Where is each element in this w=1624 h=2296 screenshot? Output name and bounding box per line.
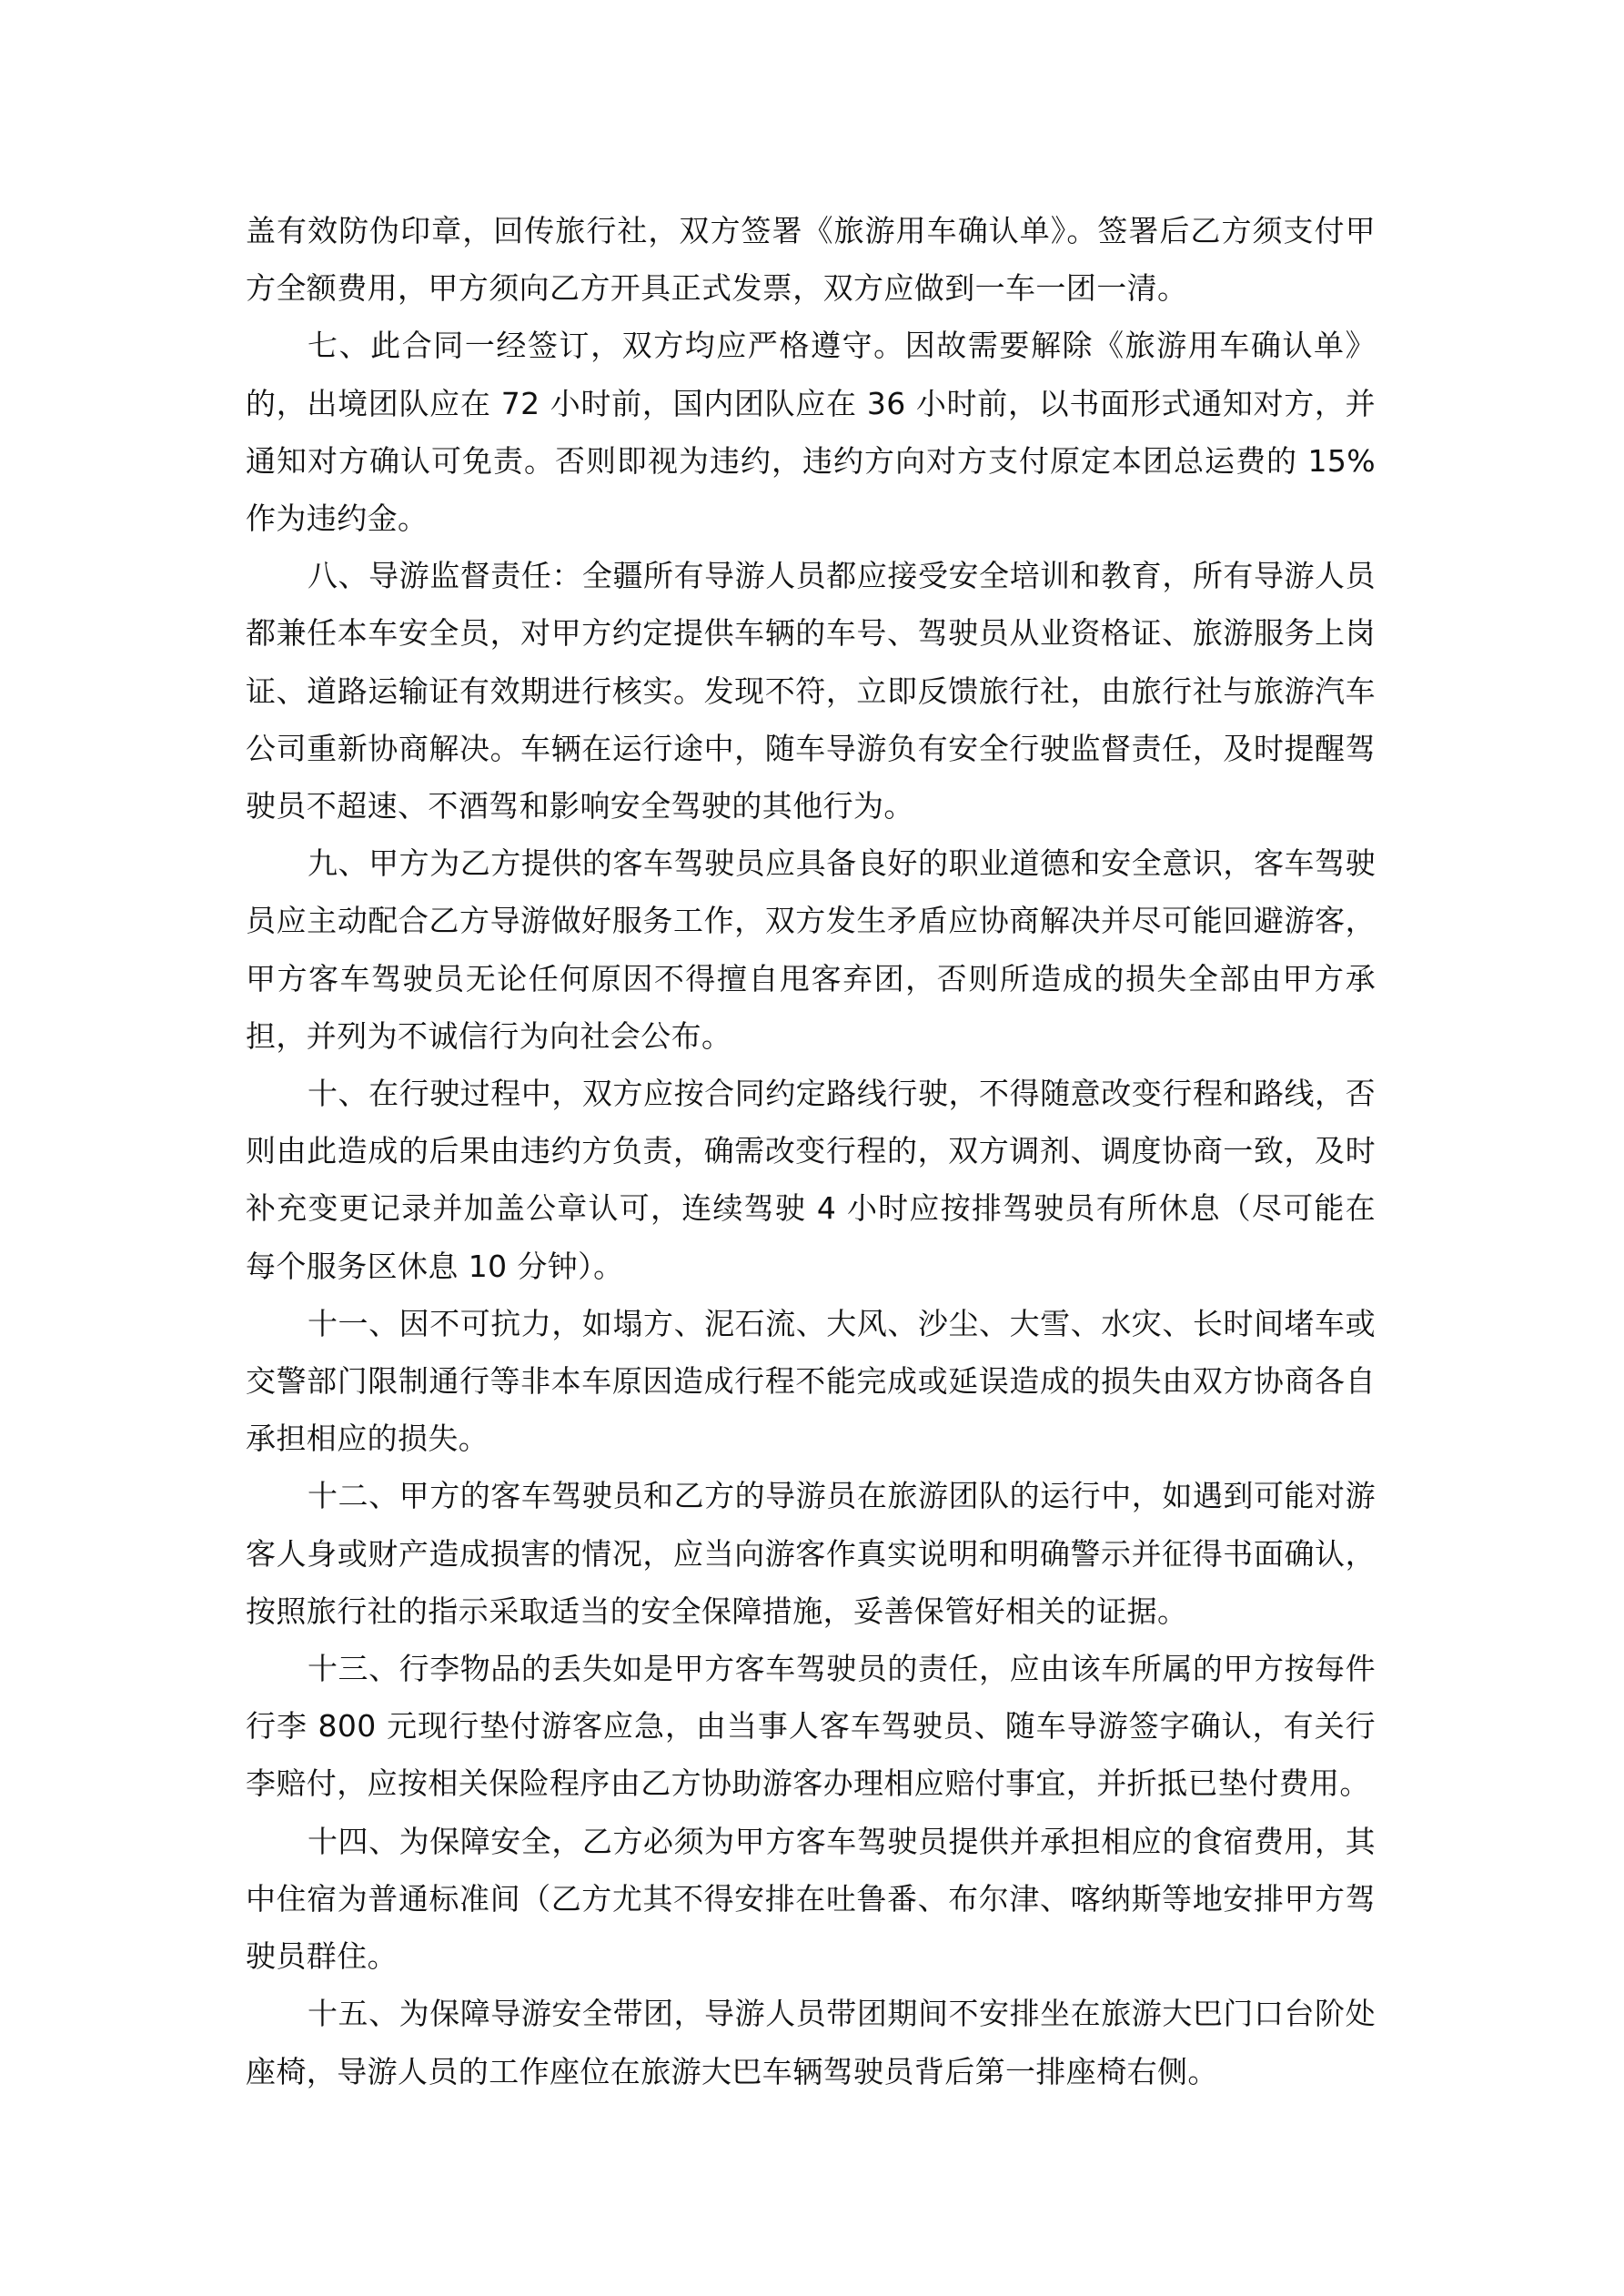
paragraph-clause-7: 七、此合同一经签订，双方均应严格遵守。因故需要解除《旅游用车确认单》的，出境团队… bbox=[246, 317, 1376, 547]
paragraph-clause-9: 九、甲方为乙方提供的客车驾驶员应具备良好的职业道德和安全意识，客车驾驶员应主动配… bbox=[246, 834, 1376, 1065]
document-page: 盖有效防伪印章，回传旅行社，双方签署《旅游用车确认单》。签署后乙方须支付甲方全额… bbox=[246, 202, 1376, 2100]
paragraph-clause-8: 八、导游监督责任：全疆所有导游人员都应接受安全培训和教育，所有导游人员都兼任本车… bbox=[246, 547, 1376, 834]
paragraph-clause-15: 十五、为保障导游安全带团，导游人员带团期间不安排坐在旅游大巴门口台阶处座椅，导游… bbox=[246, 1985, 1376, 2099]
paragraph-clause-12: 十二、甲方的客车驾驶员和乙方的导游员在旅游团队的运行中，如遇到可能对游客人身或财… bbox=[246, 1467, 1376, 1640]
paragraph-continuation-6: 盖有效防伪印章，回传旅行社，双方签署《旅游用车确认单》。签署后乙方须支付甲方全额… bbox=[246, 202, 1376, 317]
paragraph-clause-10: 十、在行驶过程中，双方应按合同约定路线行驶，不得随意改变行程和路线，否则由此造成… bbox=[246, 1065, 1376, 1295]
paragraph-clause-14: 十四、为保障安全，乙方必须为甲方客车驾驶员提供并承担相应的食宿费用，其中住宿为普… bbox=[246, 1813, 1376, 1986]
paragraph-clause-11: 十一、因不可抗力，如塌方、泥石流、大风、沙尘、大雪、水灾、长时间堵车或交警部门限… bbox=[246, 1295, 1376, 1468]
paragraph-clause-13: 十三、行李物品的丢失如是甲方客车驾驶员的责任，应由该车所属的甲方按每件行李 80… bbox=[246, 1640, 1376, 1813]
